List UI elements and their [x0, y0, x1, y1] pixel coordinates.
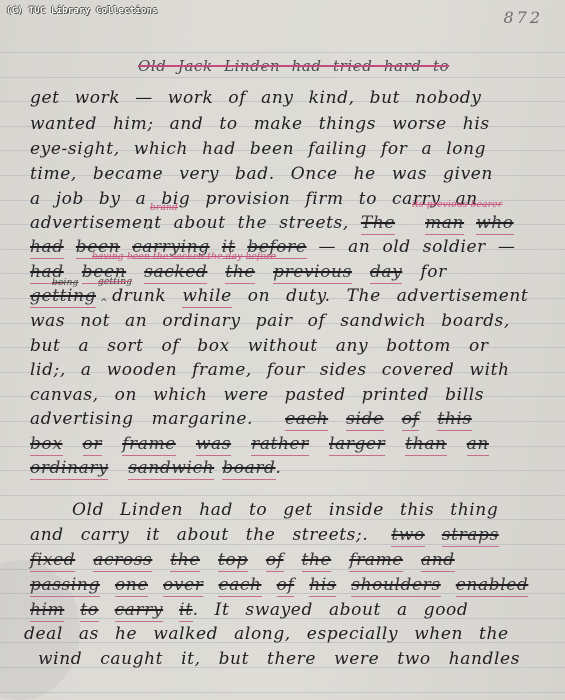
ruled-line [0, 692, 565, 693]
deleted-word: an [467, 434, 489, 456]
deleted-word: two [391, 525, 424, 547]
deleted-word: day [370, 262, 402, 284]
deleted-word: straps [442, 525, 499, 547]
deleted-word: this [437, 409, 471, 431]
manuscript-line: Old Linden had to get inside this thing [72, 500, 498, 520]
deleted-word: it [179, 600, 192, 622]
insertion-brand: brand [150, 203, 178, 213]
line-text: and carry it about the streets;. [30, 525, 368, 545]
deleted-word: each [218, 575, 261, 597]
manuscript-line: eye-sight, which had been failing for a … [30, 139, 486, 159]
line-text: for [420, 262, 446, 282]
manuscript-line: canvas, on which were pasted printed bil… [30, 385, 484, 405]
deleted-word: frame [349, 550, 403, 572]
deleted-word: side [346, 409, 384, 431]
manuscript-line: advertising margarine. each side of this [30, 409, 472, 431]
deleted-word: passing [30, 575, 100, 597]
deleted-word: rather [251, 434, 309, 456]
manuscript-line: had been sacked the previous day for [30, 262, 447, 284]
deleted-word: fixed [30, 550, 75, 572]
deleted-word: the [170, 550, 200, 572]
manuscript-line: was not an ordinary pair of sandwich boa… [30, 311, 510, 331]
deleted-word: him [30, 600, 64, 622]
manuscript-line: wind caught it, but there were two handl… [38, 649, 520, 669]
deleted-word: had [30, 237, 64, 259]
deleted-word: who [476, 213, 514, 235]
manuscript-line: but a sort of box without any bottom or [30, 336, 489, 356]
insertion-caret-icon: ^ [100, 298, 108, 308]
line-text: — an old soldier — [319, 237, 516, 257]
manuscript-line: passing one over each of his shoulders e… [30, 575, 528, 597]
manuscript-line: get work — work of any kind, but nobody [30, 88, 481, 108]
deleted-word: sandwich [128, 458, 214, 480]
deleted-word: The [361, 213, 395, 235]
manuscript-line: time, became very bad. Once he was given [30, 164, 493, 184]
deleted-word: was [196, 434, 231, 456]
deleted-word: frame [122, 434, 176, 456]
deleted-word: shoulders [351, 575, 441, 597]
deleted-word: box [30, 434, 63, 456]
insertion-caret-icon: ^ [145, 226, 153, 236]
manuscript-line: lid;, a wooden frame, four sides covered… [30, 360, 510, 380]
insertion-sacked-day-before: having been the sacked the day before [92, 252, 276, 262]
deleted-word: and [421, 550, 455, 572]
manuscript-line: ordinary sandwichboard. [30, 458, 282, 480]
deleted-word: of [266, 550, 284, 572]
ruled-line [0, 77, 565, 78]
deleted-word: than [405, 434, 446, 456]
manuscript-line: fixed across the top of the frame and [30, 550, 455, 572]
manuscript-line: him to carry it. It swayed about a good [30, 600, 468, 622]
manuscript-line: wanted him; and to make things worse his [30, 114, 490, 134]
underlined-word: while [182, 286, 231, 308]
deleted-text: Old Jack Linden had tried hard to [138, 56, 449, 76]
deleted-word: ordinary [30, 458, 108, 480]
deleted-word: the [225, 262, 255, 284]
line-text: advertisement about the streets, [30, 213, 349, 233]
manuscript-line: advertisement about the streets, The man… [30, 213, 514, 235]
deleted-word: or [83, 434, 103, 456]
deleted-word: larger [329, 434, 385, 456]
deleted-word: board [222, 458, 275, 480]
deleted-word: across [93, 550, 152, 572]
deleted-word: enabled [456, 575, 529, 597]
deleted-word: over [163, 575, 203, 597]
manuscript-line: a job by a big provision firm to carry a… [30, 189, 478, 209]
deleted-word: top [218, 550, 248, 572]
deleted-word: of [277, 575, 295, 597]
deleted-opening-line: Old Jack Linden had tried hard to [138, 56, 449, 76]
ruled-line [0, 52, 565, 53]
deleted-word: of [402, 409, 420, 431]
deleted-word: man [425, 213, 464, 235]
ruled-line [0, 495, 565, 496]
deleted-word: each [285, 409, 328, 431]
deleted-word: previous [273, 262, 352, 284]
line-text: drunk [112, 286, 166, 306]
deleted-word: getting [30, 286, 96, 308]
deleted-word: the [302, 550, 332, 572]
line-text: advertising margarine. [30, 409, 253, 429]
deleted-word: to [80, 600, 98, 622]
manuscript-line: and carry it about the streets;. two str… [30, 525, 499, 547]
deleted-word: sacked [144, 262, 207, 284]
deleted-word: carry [115, 600, 164, 622]
line-text: . It swayed about a good [193, 600, 469, 620]
manuscript-line: deal as he walked along, especially when… [24, 624, 509, 644]
line-text: . [276, 458, 282, 478]
page-number: 872 [503, 8, 543, 27]
deleted-word: his [309, 575, 336, 597]
manuscript-line: box or frame was rather larger than an [30, 434, 489, 456]
insertion-previous-bearer: its previous bearer [412, 200, 502, 210]
manuscript-page: (C) TUC Library Collections 872 Old Jack… [0, 0, 565, 700]
line-text: on duty. The advertisement [248, 286, 529, 306]
copyright-watermark: (C) TUC Library Collections [6, 6, 158, 16]
deleted-word: one [115, 575, 148, 597]
